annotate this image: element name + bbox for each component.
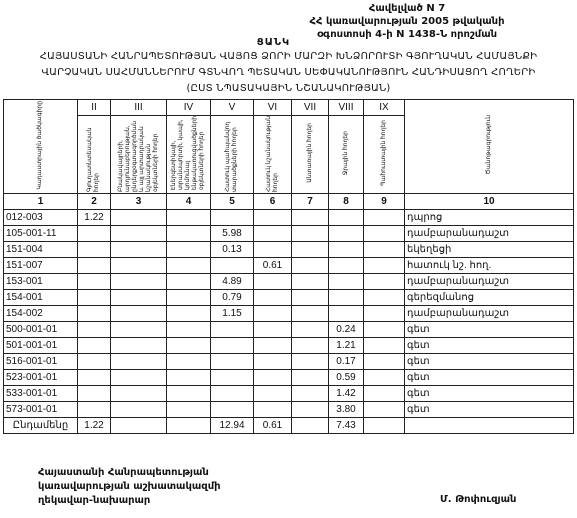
area-cell-c6 [254, 210, 292, 226]
table-row: 516-001-010.17գետ [4, 354, 574, 370]
header-special-purpose: Հատուկ նշանակության հողեր [254, 116, 292, 194]
cadastral-code-cell: 501-001-01 [4, 338, 78, 354]
area-cell-c9 [364, 210, 405, 226]
area-cell-c8 [329, 274, 364, 290]
area-cell-c4 [167, 322, 211, 338]
area-cell-c5 [211, 402, 254, 418]
cadastral-code-cell: 105-001-11 [4, 226, 78, 242]
area-cell-c7 [292, 258, 329, 274]
total-cell-c8: 7.43 [329, 418, 364, 434]
area-cell-c4 [167, 242, 211, 258]
area-cell-c6 [254, 274, 292, 290]
table-row: 523-001-010.59գետ [4, 370, 574, 386]
area-cell-c5: 5.98 [211, 226, 254, 242]
area-cell-c4 [167, 338, 211, 354]
roman-IX: IX [364, 100, 405, 116]
header-protected-areas: Հատուկ պահպանվող տարածքների հողեր [211, 116, 254, 194]
area-cell-c2 [78, 322, 111, 338]
area-cell-c3 [111, 354, 167, 370]
area-cell-c7 [292, 386, 329, 402]
signature-line-3: ղեկավար-նախարար [38, 494, 221, 508]
area-cell-c4 [167, 402, 211, 418]
area-cell-c2 [78, 290, 111, 306]
area-cell-c9 [364, 258, 405, 274]
area-cell-c2 [78, 370, 111, 386]
area-cell-c7 [292, 370, 329, 386]
heading-line-3: (ԸՍՏ ՆՊԱՏԱԿԱՅԻՆ ՆՇԱՆԱԿՈՒԹՅԱՆ) [0, 81, 577, 97]
roman-header-row: Կադաստրային ծածկագիրը II III IV V VI VII… [4, 100, 574, 116]
note-cell: դամբարանադաշտ [405, 226, 574, 242]
area-cell-c9 [364, 306, 405, 322]
note-cell: գետ [405, 370, 574, 386]
area-cell-c2 [78, 338, 111, 354]
area-cell-c2 [78, 226, 111, 242]
cadastral-code-cell: 012-003 [4, 210, 78, 226]
cadastral-code-cell: 151-004 [4, 242, 78, 258]
area-cell-c3 [111, 258, 167, 274]
area-cell-c8 [329, 290, 364, 306]
note-cell: գետ [405, 354, 574, 370]
roman-III: III [111, 100, 167, 116]
area-cell-c3 [111, 274, 167, 290]
area-cell-c7 [292, 226, 329, 242]
area-cell-c8: 0.24 [329, 322, 364, 338]
signature-block: Հայաստանի Հանրապետության կառավարության ա… [38, 466, 221, 508]
area-cell-c8 [329, 242, 364, 258]
table-row: 573-001-013.80գետ [4, 402, 574, 418]
area-cell-c8: 0.17 [329, 354, 364, 370]
area-cell-c5 [211, 386, 254, 402]
document-title-block: ՑԱՆԿ ՀԱՅԱՍՏԱՆԻ ՀԱՆՐԱՊԵՏՈՒԹՅԱՆ ՎԱՅՈՑ ՁՈՐԻ… [0, 36, 577, 97]
roman-IV: IV [167, 100, 211, 116]
area-cell-c8: 1.42 [329, 386, 364, 402]
area-cell-c6 [254, 386, 292, 402]
area-cell-c2 [78, 306, 111, 322]
col-number: 7 [292, 194, 329, 210]
area-cell-c3 [111, 306, 167, 322]
area-cell-c7 [292, 306, 329, 322]
area-cell-c7 [292, 402, 329, 418]
area-cell-c3 [111, 210, 167, 226]
area-cell-c6 [254, 338, 292, 354]
col-number: 8 [329, 194, 364, 210]
area-cell-c4 [167, 386, 211, 402]
area-cell-c4 [167, 210, 211, 226]
area-cell-c8: 0.59 [329, 370, 364, 386]
cadastral-code-cell: 151-007 [4, 258, 78, 274]
area-cell-c5 [211, 210, 254, 226]
area-cell-c3 [111, 338, 167, 354]
area-cell-c4 [167, 290, 211, 306]
area-cell-c5 [211, 354, 254, 370]
area-cell-c3 [111, 226, 167, 242]
header-energy-transport: Էներգետիկայի, տրանսպորտի, կապի, կոմունալ… [167, 116, 211, 194]
col-number: 1 [4, 194, 78, 210]
area-cell-c4 [167, 306, 211, 322]
area-cell-c9 [364, 290, 405, 306]
total-cell-c4 [167, 418, 211, 434]
header-agricultural: Գյուղատնտեսական հողեր [78, 116, 111, 194]
area-cell-c3 [111, 402, 167, 418]
area-cell-c7 [292, 290, 329, 306]
heading-line-2: ՎԱՐՉԱԿԱՆ ՍԱՀՄԱՆՆԵՐՈՒՄ ԳՏՆՎՈՂ ՊԵՏԱԿԱՆ ՍԵՓ… [0, 65, 577, 81]
signer-name: Մ. Թոփուզյան [440, 494, 516, 505]
area-cell-c9 [364, 354, 405, 370]
area-cell-c5 [211, 322, 254, 338]
area-cell-c6 [254, 242, 292, 258]
area-cell-c7 [292, 274, 329, 290]
list-title: ՑԱՆԿ [0, 36, 577, 49]
land-list-table: Կադաստրային ծածկագիրը II III IV V VI VII… [3, 99, 574, 434]
area-cell-c4 [167, 258, 211, 274]
area-cell-c8: 1.21 [329, 338, 364, 354]
cadastral-code-cell: 154-002 [4, 306, 78, 322]
area-cell-c4 [167, 354, 211, 370]
total-row: Ընդամենը1.2212.940.617.43 [4, 418, 574, 434]
cadastral-code-cell: 533-001-01 [4, 386, 78, 402]
signature-line-1: Հայաստանի Հանրապետության [38, 466, 221, 480]
area-cell-c9 [364, 242, 405, 258]
area-cell-c9 [364, 274, 405, 290]
note-cell: դպրոց [405, 210, 574, 226]
table-row: 151-0040.13եկեղեցի [4, 242, 574, 258]
total-cell-c7 [292, 418, 329, 434]
note-cell: գետ [405, 338, 574, 354]
note-cell: եկեղեցի [405, 242, 574, 258]
area-cell-c6 [254, 322, 292, 338]
header-cadastral-code: Կադաստրային ծածկագիրը [4, 100, 78, 194]
area-cell-c4 [167, 274, 211, 290]
roman-VII: VII [292, 100, 329, 116]
col-number: 10 [405, 194, 574, 210]
area-cell-c5: 0.13 [211, 242, 254, 258]
note-cell: դամբարանադաշտ [405, 274, 574, 290]
table-row: 154-0021.15դամբարանադաշտ [4, 306, 574, 322]
header-reserve: Պահուստային հողեր [364, 116, 405, 194]
total-cell-c9 [364, 418, 405, 434]
total-note-cell [405, 418, 574, 434]
col-number: 9 [364, 194, 405, 210]
area-cell-c6 [254, 370, 292, 386]
area-cell-c8 [329, 226, 364, 242]
table-row: 151-0070.61հատուկ նշ. հող. [4, 258, 574, 274]
area-cell-c7 [292, 242, 329, 258]
area-cell-c8 [329, 210, 364, 226]
area-cell-c2 [78, 402, 111, 418]
area-cell-c3 [111, 370, 167, 386]
area-cell-c6 [254, 226, 292, 242]
area-cell-c5: 1.15 [211, 306, 254, 322]
column-number-row: 1 2 3 4 5 6 7 8 9 10 [4, 194, 574, 210]
area-cell-c9 [364, 226, 405, 242]
area-cell-c9 [364, 386, 405, 402]
table-row: 533-001-011.42գետ [4, 386, 574, 402]
note-cell: գետ [405, 386, 574, 402]
table-row: 501-001-011.21գետ [4, 338, 574, 354]
cadastral-code-cell: 153-001 [4, 274, 78, 290]
table-row: 500-001-010.24գետ [4, 322, 574, 338]
heading-line-1: ՀԱՅԱՍՏԱՆԻ ՀԱՆՐԱՊԵՏՈՒԹՅԱՆ ՎԱՅՈՑ ՁՈՐԻ ՄԱՐԶ… [0, 49, 577, 65]
area-cell-c9 [364, 338, 405, 354]
signature-line-2: կառավարության աշխատակազմի [38, 480, 221, 494]
area-cell-c2 [78, 354, 111, 370]
cadastral-code-cell: 573-001-01 [4, 402, 78, 418]
roman-VIII: VIII [329, 100, 364, 116]
area-cell-c4 [167, 226, 211, 242]
header-settlements-industry: Բնակավայրերի, արդյունաբերության, ընդերքօ… [111, 116, 167, 194]
area-cell-c5 [211, 338, 254, 354]
table-row: 153-0014.89դամբարանադաշտ [4, 274, 574, 290]
header-note: Ծանոթագրություն [405, 100, 574, 194]
area-cell-c8 [329, 306, 364, 322]
area-cell-c7 [292, 322, 329, 338]
header-water: Ջրային հողեր [329, 116, 364, 194]
note-cell: դամբարանադաշտ [405, 306, 574, 322]
area-cell-c9 [364, 322, 405, 338]
col-number: 4 [167, 194, 211, 210]
area-cell-c3 [111, 290, 167, 306]
area-cell-c9 [364, 402, 405, 418]
col-number: 2 [78, 194, 111, 210]
col-number: 5 [211, 194, 254, 210]
appendix-decree-line: ՀՀ կառավարության 2005 թվականի [277, 15, 537, 28]
area-cell-c8 [329, 258, 364, 274]
roman-VI: VI [254, 100, 292, 116]
area-cell-c2 [78, 386, 111, 402]
col-number: 3 [111, 194, 167, 210]
cadastral-code-cell: 154-001 [4, 290, 78, 306]
area-cell-c7 [292, 210, 329, 226]
area-cell-c6: 0.61 [254, 258, 292, 274]
area-cell-c3 [111, 386, 167, 402]
note-cell: գերեզմանոց [405, 290, 574, 306]
area-cell-c2 [78, 242, 111, 258]
note-cell: գետ [405, 322, 574, 338]
roman-V: V [211, 100, 254, 116]
total-cell-c6: 0.61 [254, 418, 292, 434]
total-cell-c3 [111, 418, 167, 434]
area-cell-c3 [111, 322, 167, 338]
area-cell-c2: 1.22 [78, 210, 111, 226]
table-row: 154-0010.79գերեզմանոց [4, 290, 574, 306]
col-number: 6 [254, 194, 292, 210]
area-cell-c7 [292, 354, 329, 370]
area-cell-c8: 3.80 [329, 402, 364, 418]
cadastral-code-cell: 523-001-01 [4, 370, 78, 386]
area-cell-c9 [364, 370, 405, 386]
total-label: Ընդամենը [4, 418, 78, 434]
total-cell-c5: 12.94 [211, 418, 254, 434]
area-cell-c6 [254, 402, 292, 418]
total-cell-c2: 1.22 [78, 418, 111, 434]
area-cell-c2 [78, 274, 111, 290]
area-cell-c6 [254, 354, 292, 370]
note-cell: գետ [405, 402, 574, 418]
area-cell-c4 [167, 370, 211, 386]
area-cell-c5 [211, 370, 254, 386]
area-cell-c5: 4.89 [211, 274, 254, 290]
cadastral-code-cell: 516-001-01 [4, 354, 78, 370]
appendix-number: Հավելված N 7 [277, 2, 537, 15]
table-row: 105-001-115.98դամբարանադաշտ [4, 226, 574, 242]
roman-II: II [78, 100, 111, 116]
area-cell-c6 [254, 306, 292, 322]
cadastral-code-cell: 500-001-01 [4, 322, 78, 338]
table-row: 012-0031.22դպրոց [4, 210, 574, 226]
area-cell-c6 [254, 290, 292, 306]
area-cell-c7 [292, 338, 329, 354]
header-forest: Անտառային հողեր [292, 116, 329, 194]
area-cell-c2 [78, 258, 111, 274]
note-cell: հատուկ նշ. հող. [405, 258, 574, 274]
area-cell-c5 [211, 258, 254, 274]
area-cell-c3 [111, 242, 167, 258]
area-cell-c5: 0.79 [211, 290, 254, 306]
